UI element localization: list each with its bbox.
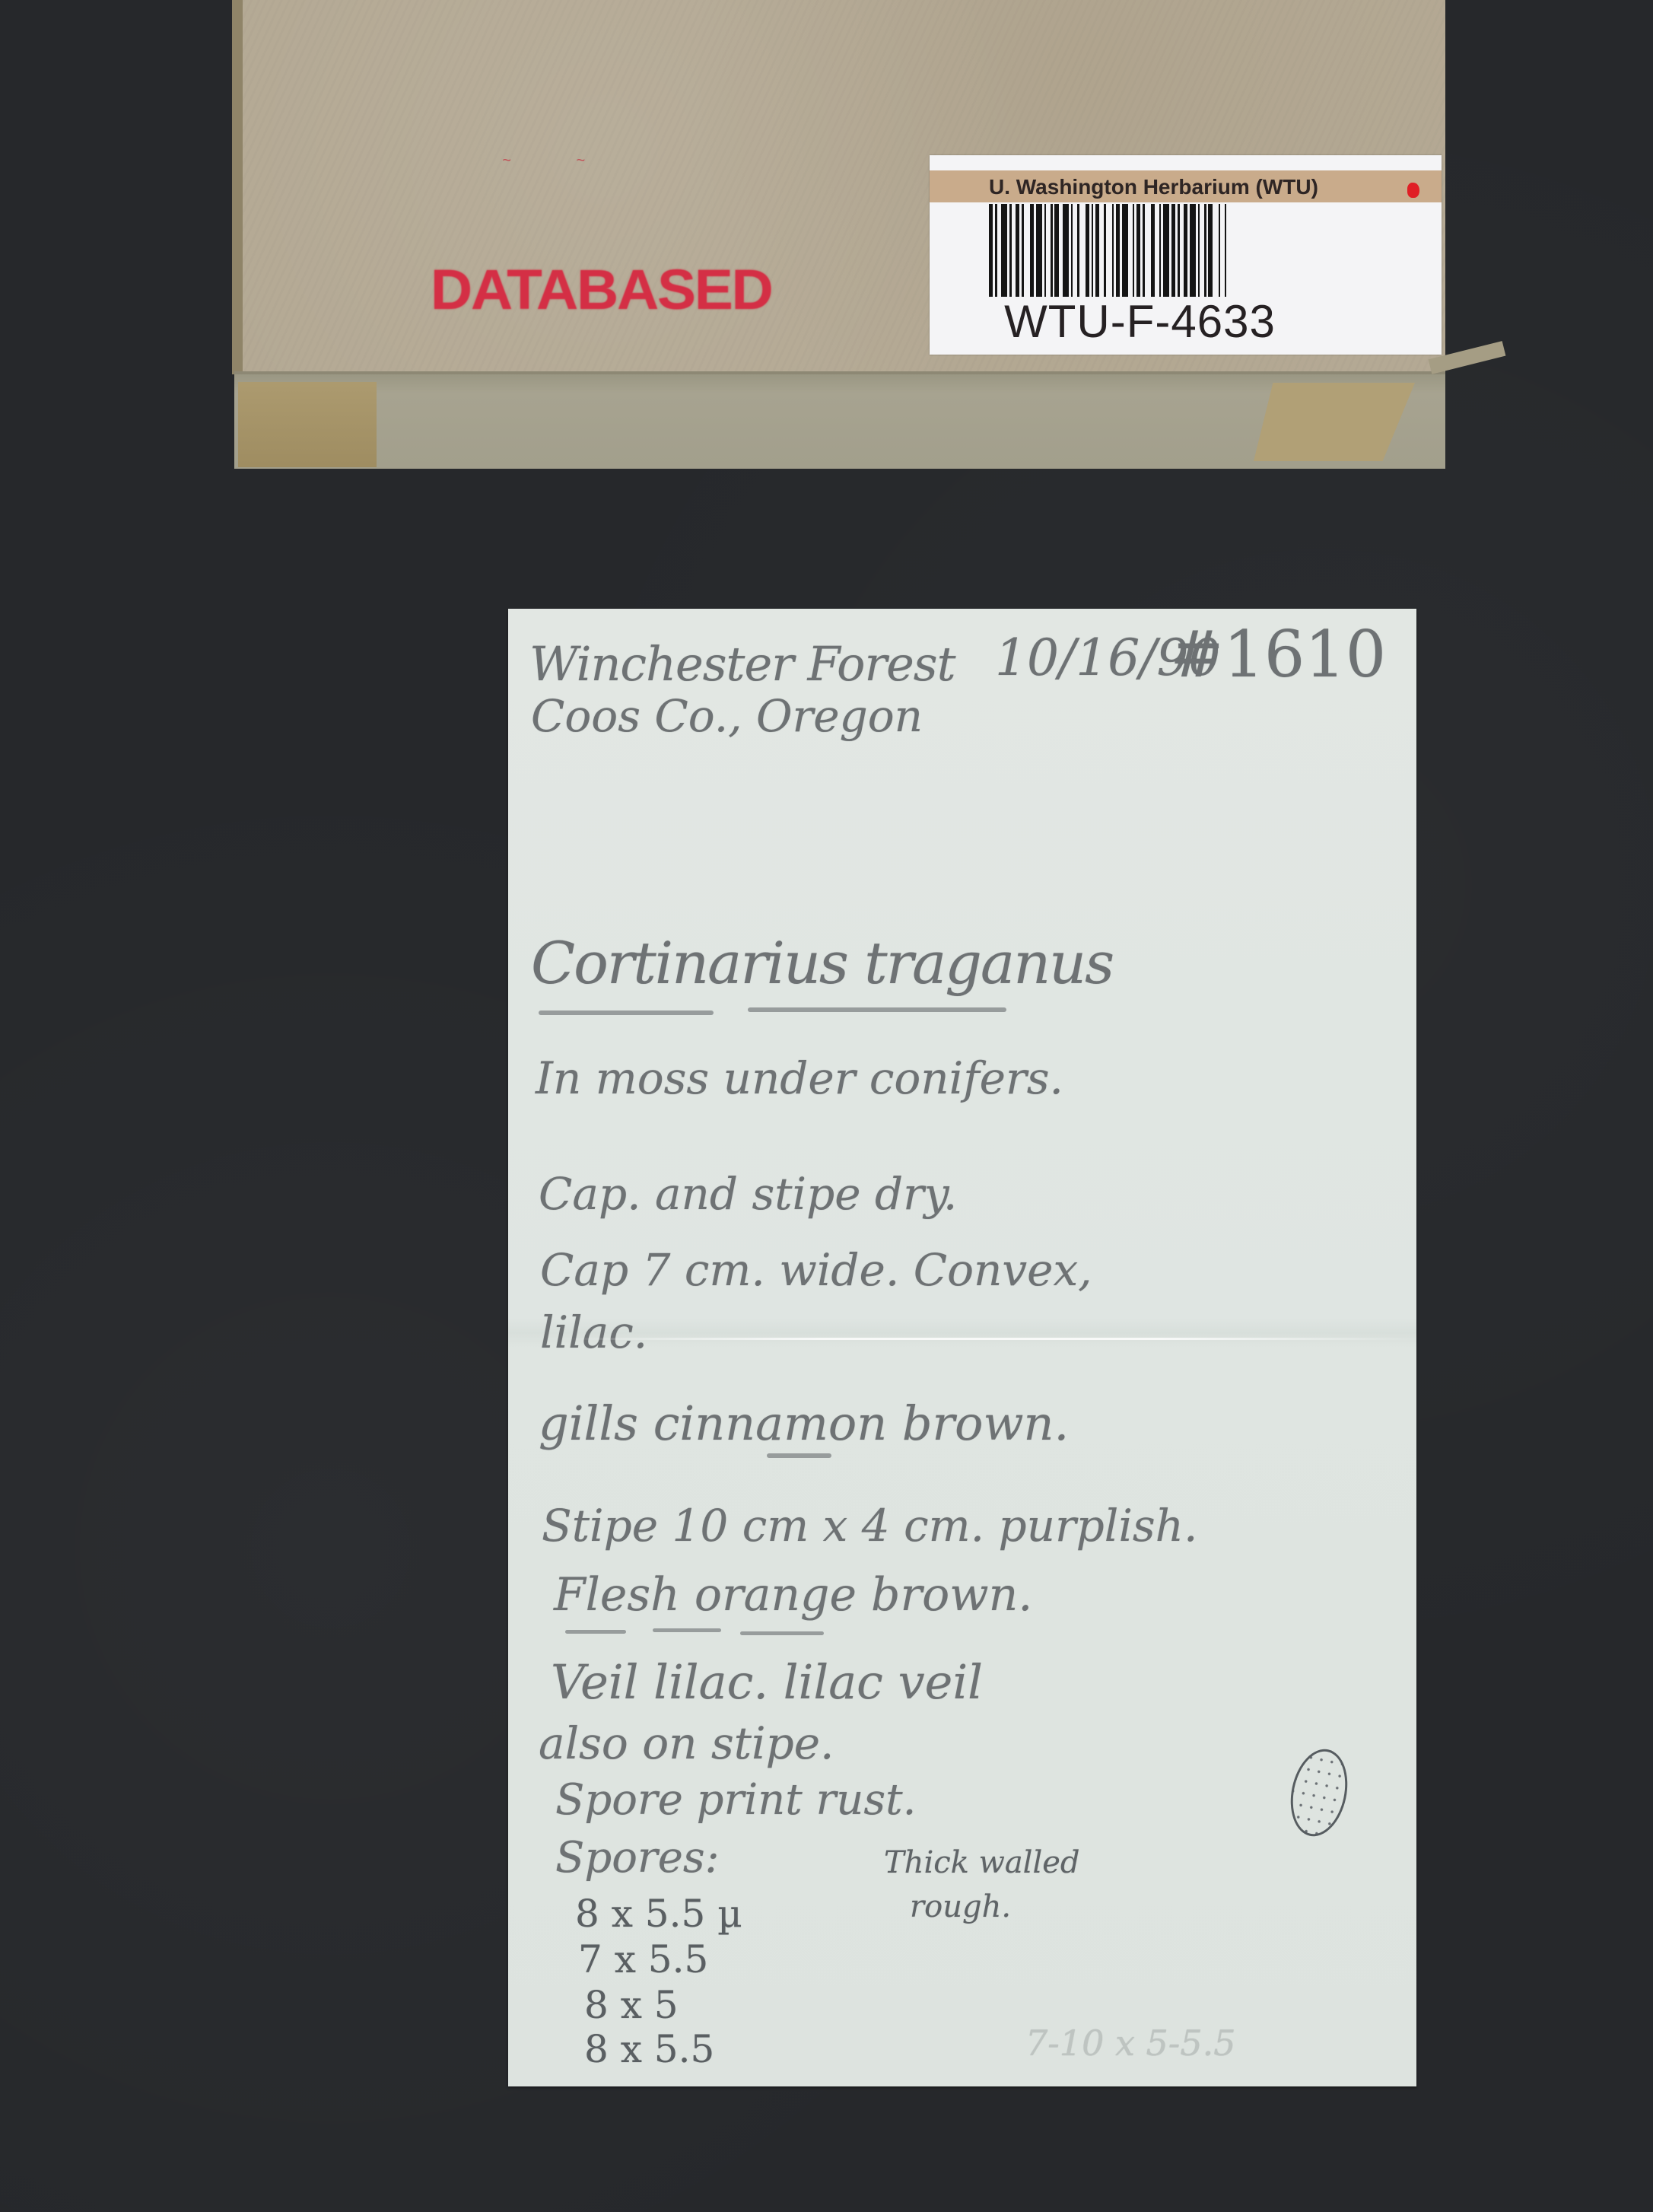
faint-spore-range-note: 7-10 x 5-5.5: [1025, 2026, 1236, 2061]
barcode-label: U. Washington Herbarium (WTU) WTU-F-4633: [930, 155, 1442, 355]
note-line: lilac.: [540, 1310, 647, 1354]
taxon-name: Cortinarius traganus: [531, 934, 1113, 992]
note-line: Flesh orange brown.: [554, 1572, 1032, 1618]
collection-number: #1610: [1170, 622, 1386, 686]
institution-name: U. Washington Herbarium (WTU): [989, 172, 1318, 202]
red-dot-icon: [1407, 183, 1419, 198]
note-line: In moss under conifers.: [536, 1056, 1063, 1100]
barcode-icon: [989, 204, 1287, 297]
note-line: also on stipe.: [539, 1721, 834, 1765]
note-line: Veil lilac. lilac veil: [551, 1659, 983, 1706]
red-ink-marks: ~ ~: [502, 152, 615, 170]
box-corner-tape-left: [238, 382, 377, 467]
note-line: Stipe 10 cm x 4 cm. purplish.: [542, 1504, 1197, 1548]
spore-wall-note: Thick walled: [884, 1848, 1080, 1878]
databased-stamp: DATABASED: [431, 259, 772, 321]
catalog-number: WTU-F-4633: [930, 297, 1442, 347]
specimen-notes-card: Winchester Forest 10/16/90 #1610 Coos Co…: [508, 609, 1416, 2086]
note-line: Cap 7 cm. wide. Convex,: [540, 1248, 1092, 1292]
taxon-species-underline: [748, 1007, 1006, 1012]
brown-underline: [767, 1453, 831, 1458]
spore-surface-note: rough.: [910, 1892, 1011, 1922]
orange-underline: [653, 1628, 721, 1632]
taxon-genus-underline: [539, 1011, 714, 1015]
note-line: Spores:: [555, 1837, 719, 1879]
brown-underline: [740, 1631, 824, 1635]
note-line: Cap. and stipe dry.: [539, 1172, 957, 1216]
flesh-underline: [565, 1630, 626, 1634]
spore-measurement: 8 x 5: [584, 1986, 679, 2024]
spore-measurement: 7 x 5.5: [578, 1940, 708, 1978]
spore-measurement: 8 x 5.5: [584, 2030, 714, 2068]
note-line: gills cinnamon brown.: [539, 1400, 1069, 1447]
card-fold-crease: [563, 1338, 1416, 1340]
note-line: Spore print rust.: [555, 1779, 916, 1822]
county-state: Coos Co., Oregon: [531, 694, 923, 738]
locality-text: Winchester Forest: [529, 641, 955, 688]
spore-measurement: 8 x 5.5 µ: [575, 1895, 742, 1933]
